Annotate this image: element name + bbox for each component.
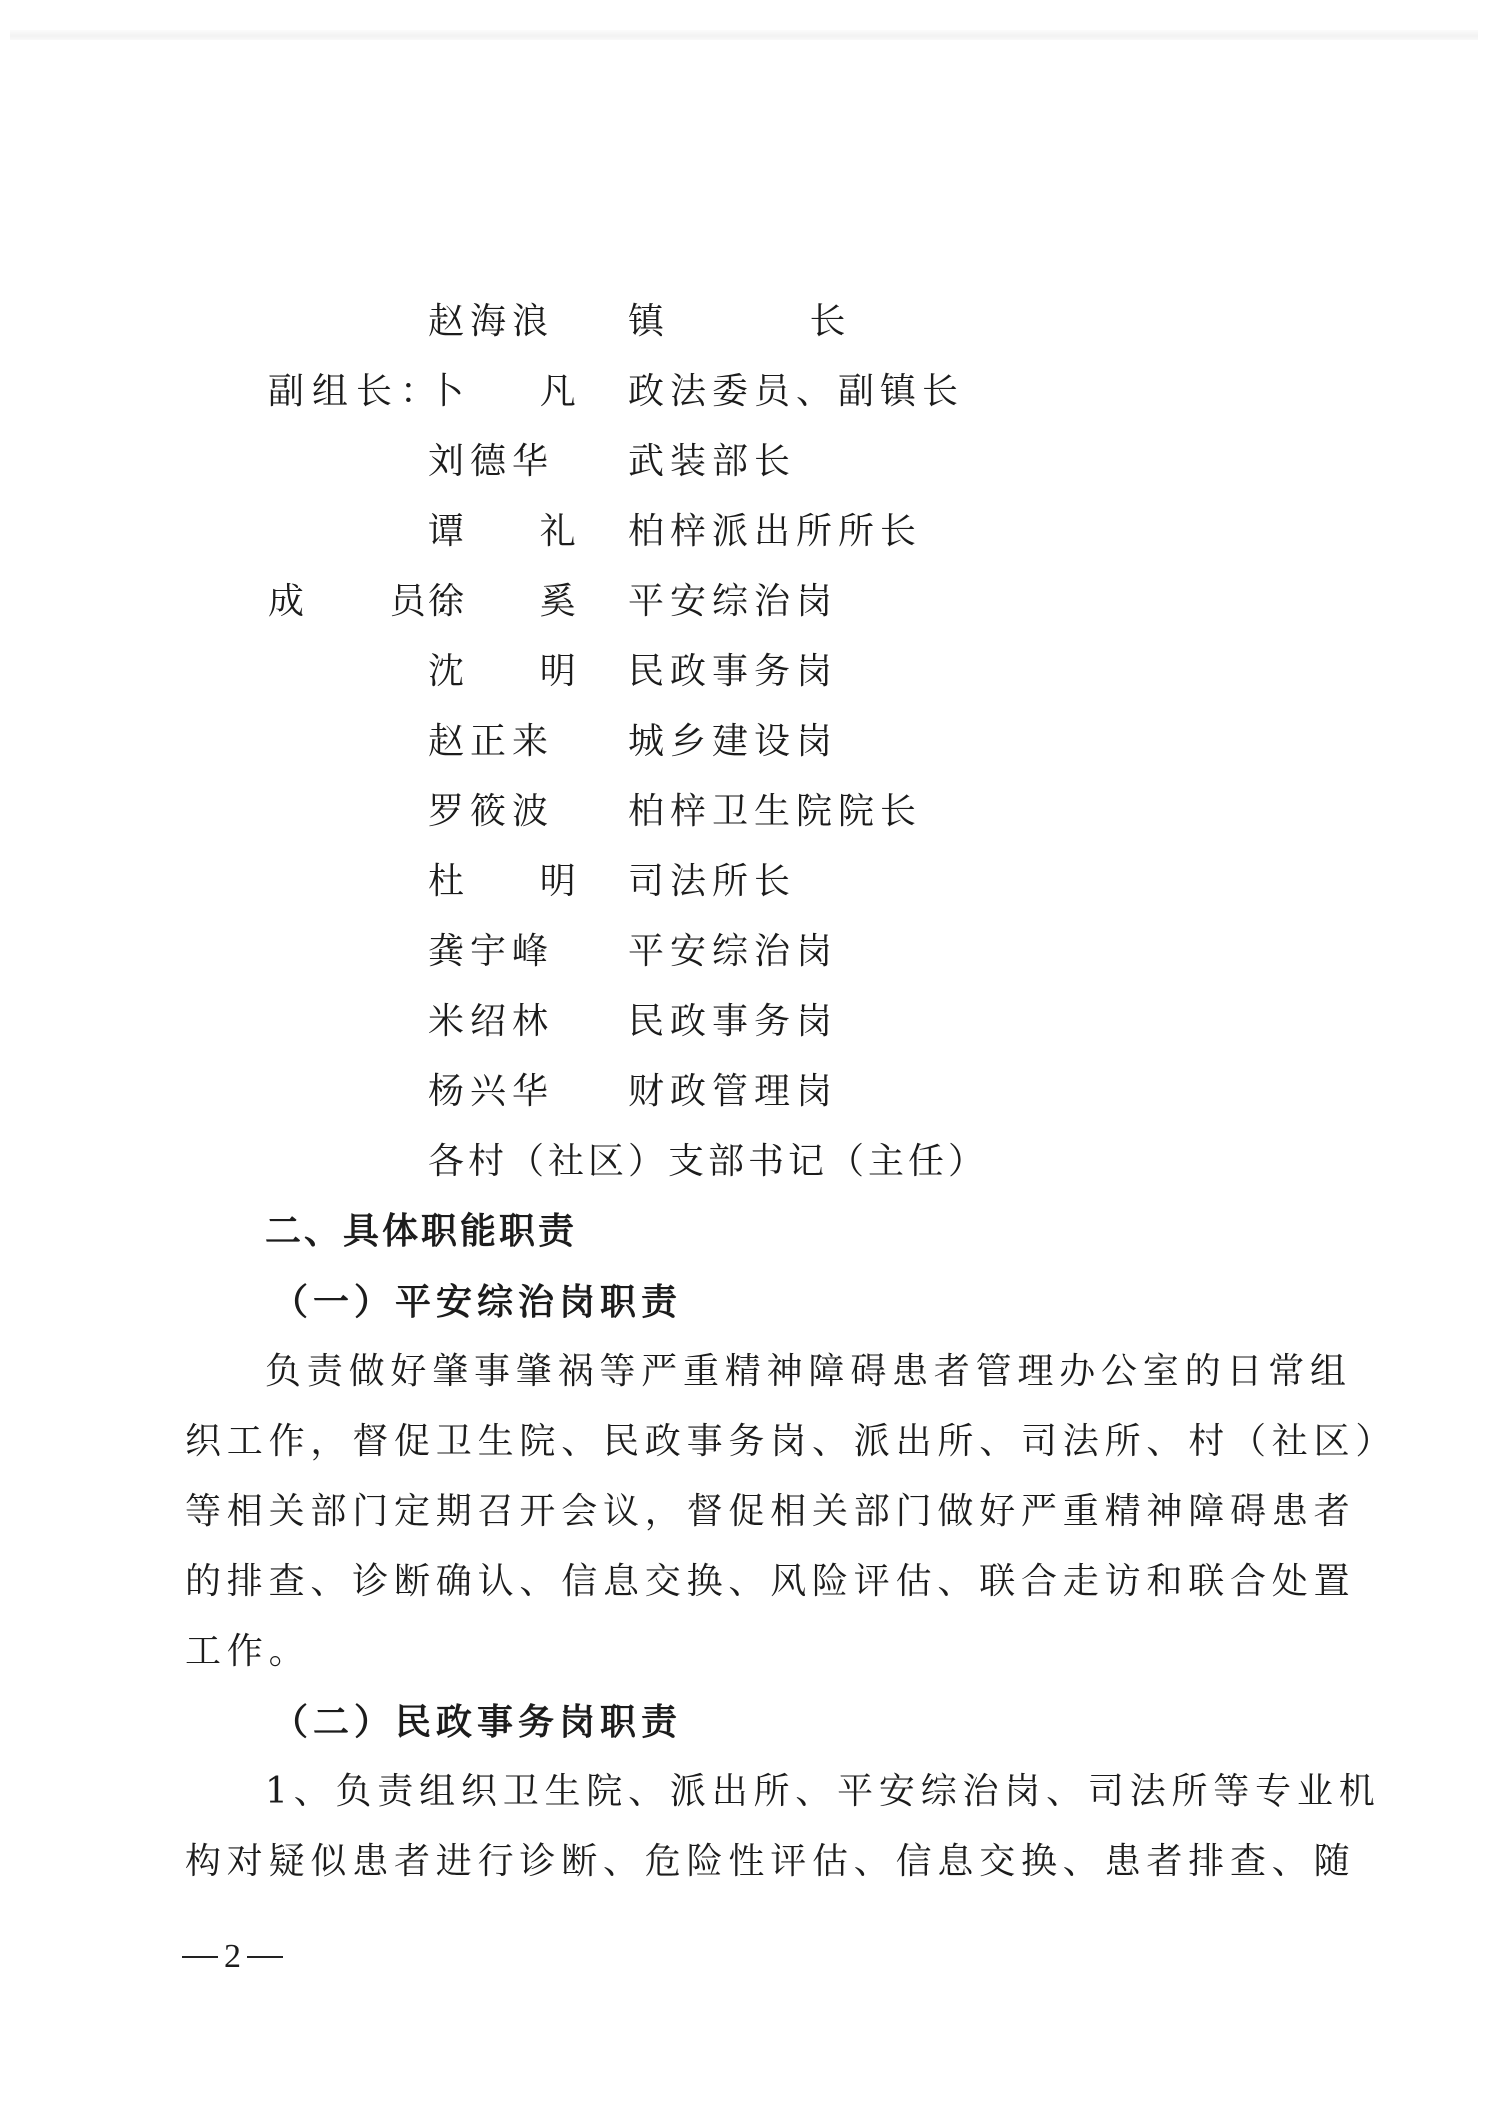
roster-title: 政法委员、副镇长	[628, 362, 964, 422]
paragraph-line: 1、负责组织卫生院、派出所、平安综治岗、司法所等专业机	[265, 1762, 1315, 1822]
roster-title: 民政事务岗	[628, 642, 838, 702]
roster-title: 民政事务岗	[628, 992, 838, 1052]
roster-name: 卜 凡	[428, 362, 608, 422]
roster-title: 城乡建设岗	[628, 712, 838, 772]
roster-title: 柏梓派出所所长	[628, 502, 922, 562]
roster-name: 龚宇峰	[428, 922, 608, 982]
roster-name: 谭 礼	[428, 502, 608, 562]
paragraph-line: 负责做好肇事肇祸等严重精神障碍患者管理办公室的日常组	[265, 1342, 1315, 1402]
page-number: 2	[182, 1932, 283, 1982]
roster-name: 赵海浪	[428, 292, 608, 352]
paragraph-line: 等相关部门定期召开会议，督促相关部门做好严重精神障碍患者	[185, 1482, 1315, 1542]
dash-left	[182, 1956, 218, 1958]
roster-name: 沈 明	[428, 642, 608, 702]
roster-name: 赵正来	[428, 712, 608, 772]
dash-right	[247, 1956, 283, 1958]
roster-role: 副组长：	[268, 362, 428, 422]
document-page: 赵海浪 镇 长 副组长： 卜 凡 政法委员、副镇长 刘德华 武装部长 谭 礼 柏…	[0, 0, 1488, 2106]
roster-role: 成 员：	[268, 572, 428, 632]
subsection-heading: （一）平安综治岗职责	[272, 1272, 682, 1332]
paragraph-line: 构对疑似患者进行诊断、危险性评估、信息交换、患者排查、随	[185, 1832, 1315, 1892]
roster-closing-line: 各村（社区）支部书记（主任）	[428, 1132, 988, 1192]
roster-name: 刘德华	[428, 432, 608, 492]
roster-name: 徐 奚	[428, 572, 608, 632]
roster-name: 杨兴华	[428, 1062, 608, 1122]
roster-name: 杜 明	[428, 852, 608, 912]
paragraph-line: 工作。	[185, 1622, 1315, 1682]
paragraph-line: 织工作，督促卫生院、民政事务岗、派出所、司法所、村（社区）	[185, 1412, 1315, 1472]
paragraph-line: 的排查、诊断确认、信息交换、风险评估、联合走访和联合处置	[185, 1552, 1315, 1612]
roster-title: 镇 长	[628, 292, 852, 352]
roster-title: 财政管理岗	[628, 1062, 838, 1122]
roster-title: 柏梓卫生院院长	[628, 782, 922, 842]
roster-title: 武装部长	[628, 432, 796, 492]
roster-name: 罗筱波	[428, 782, 608, 842]
roster-title: 平安综治岗	[628, 572, 838, 632]
page-number-value: 2	[224, 1932, 241, 1982]
roster-title: 平安综治岗	[628, 922, 838, 982]
roster-title: 司法所长	[628, 852, 796, 912]
subsection-heading: （二）民政事务岗职责	[272, 1692, 682, 1752]
section-heading: 二、具体职能职责	[265, 1202, 577, 1262]
roster-name: 米绍林	[428, 992, 608, 1052]
